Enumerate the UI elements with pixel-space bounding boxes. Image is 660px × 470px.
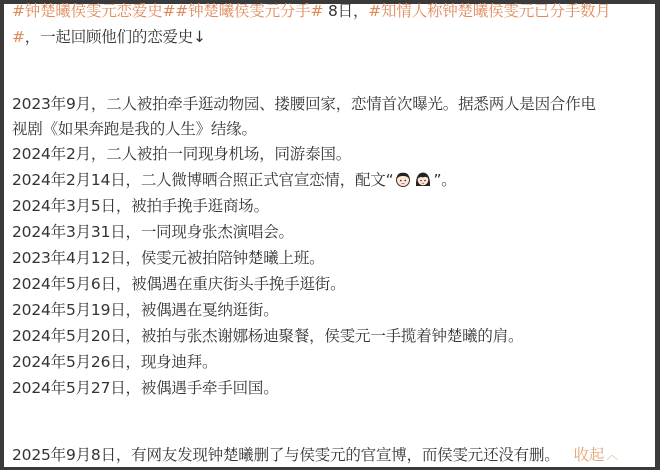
intro-text: ，一起回顾他们的恋爱史↓	[25, 28, 206, 46]
timeline-text: 2024年2月，二人被拍一同现身机场，同游泰国。	[12, 145, 351, 163]
intro-line-2: #，一起回顾他们的恋爱史↓	[12, 23, 206, 51]
timeline-item: 2023年4月12日，侯雯元被拍陪钟楚曦上班。	[12, 244, 324, 272]
timeline-item: 2024年5月20日，被拍与张杰谢娜杨迪聚餐，侯雯元一手揽着钟楚曦的肩。	[12, 322, 523, 350]
timeline-text: 2024年5月27日，被偶遇手牵手回国。	[12, 379, 279, 397]
timeline-text: 2024年2月14日，二人微博晒合照正式官宣恋情，配文“	[12, 171, 393, 189]
hashtag-link[interactable]: #钟楚曦侯雯元恋爱史#	[12, 2, 175, 20]
timeline-item: 2025年9月8日，有网友发现钟楚曦删了与侯雯元的官宣博，而侯雯元还没有删。收起…	[12, 441, 618, 469]
date-text: 8日，	[323, 2, 368, 20]
timeline-text: 2024年5月19日，被偶遇在戛纳逛街。	[12, 301, 279, 319]
post-frame: #钟楚曦侯雯元恋爱史##钟楚曦侯雯元分手# 8日，#知情人称钟楚曦侯雯元已分手数…	[0, 0, 660, 470]
timeline-item: 2024年2月14日，二人微博晒合照正式官宣恋情，配文“”。	[12, 166, 457, 194]
collapse-button[interactable]: 收起︿	[574, 446, 618, 464]
timeline-item: 2024年2月，二人被拍一同现身机场，同游泰国。	[12, 140, 351, 168]
timeline-item: 2024年5月6日，被偶遇在重庆街头手挽手逛街。	[12, 270, 345, 298]
timeline-text: 2023年9月，二人被拍牵手逛动物园、搂腰回家，恋情首次曝光。据悉两人是因合作电	[12, 95, 596, 113]
girl-face-icon	[415, 171, 431, 187]
timeline-item: 2024年3月5日，被拍手挽手逛商场。	[12, 192, 269, 220]
timeline-text: 2024年5月6日，被偶遇在重庆街头手挽手逛街。	[12, 275, 345, 293]
timeline-item-continued: 视剧《如果奔跑是我的人生》结缘。	[12, 115, 257, 143]
timeline-text: 2024年5月26日，现身迪拜。	[12, 353, 217, 371]
timeline-text: 2024年5月20日，被拍与张杰谢娜杨迪聚餐，侯雯元一手揽着钟楚曦的肩。	[12, 327, 523, 345]
hashtag-link[interactable]: #钟楚曦侯雯元分手#	[175, 2, 323, 20]
timeline-text: 2024年3月5日，被拍手挽手逛商场。	[12, 197, 269, 215]
timeline-item: 2024年3月31日，一同现身张杰演唱会。	[12, 218, 294, 246]
timeline-text: 2024年3月31日，一同现身张杰演唱会。	[12, 223, 294, 241]
intro-line-1: #钟楚曦侯雯元恋爱史##钟楚曦侯雯元分手# 8日，#知情人称钟楚曦侯雯元已分手数…	[12, 0, 611, 25]
timeline-text: 2025年9月8日，有网友发现钟楚曦删了与侯雯元的官宣博，而侯雯元还没有删。	[12, 446, 560, 464]
collapse-label: 收起	[574, 446, 605, 464]
timeline-item: 2023年9月，二人被拍牵手逛动物园、搂腰回家，恋情首次曝光。据悉两人是因合作电	[12, 90, 596, 118]
timeline-text: 2023年4月12日，侯雯元被拍陪钟楚曦上班。	[12, 249, 324, 267]
timeline-item: 2024年5月19日，被偶遇在戛纳逛街。	[12, 296, 279, 324]
timeline-item: 2024年5月26日，现身迪拜。	[12, 348, 217, 376]
hashtag-link[interactable]: #知情人称钟楚曦侯雯元已分手数月	[368, 2, 610, 20]
hashtag-link-end[interactable]: #	[12, 28, 25, 46]
timeline-text: 视剧《如果奔跑是我的人生》结缘。	[12, 120, 257, 138]
boy-face-icon	[395, 171, 411, 187]
timeline-item: 2024年5月27日，被偶遇手牵手回国。	[12, 374, 279, 402]
chevron-up-icon: ︿	[606, 441, 618, 469]
timeline-text: ”。	[433, 171, 456, 189]
